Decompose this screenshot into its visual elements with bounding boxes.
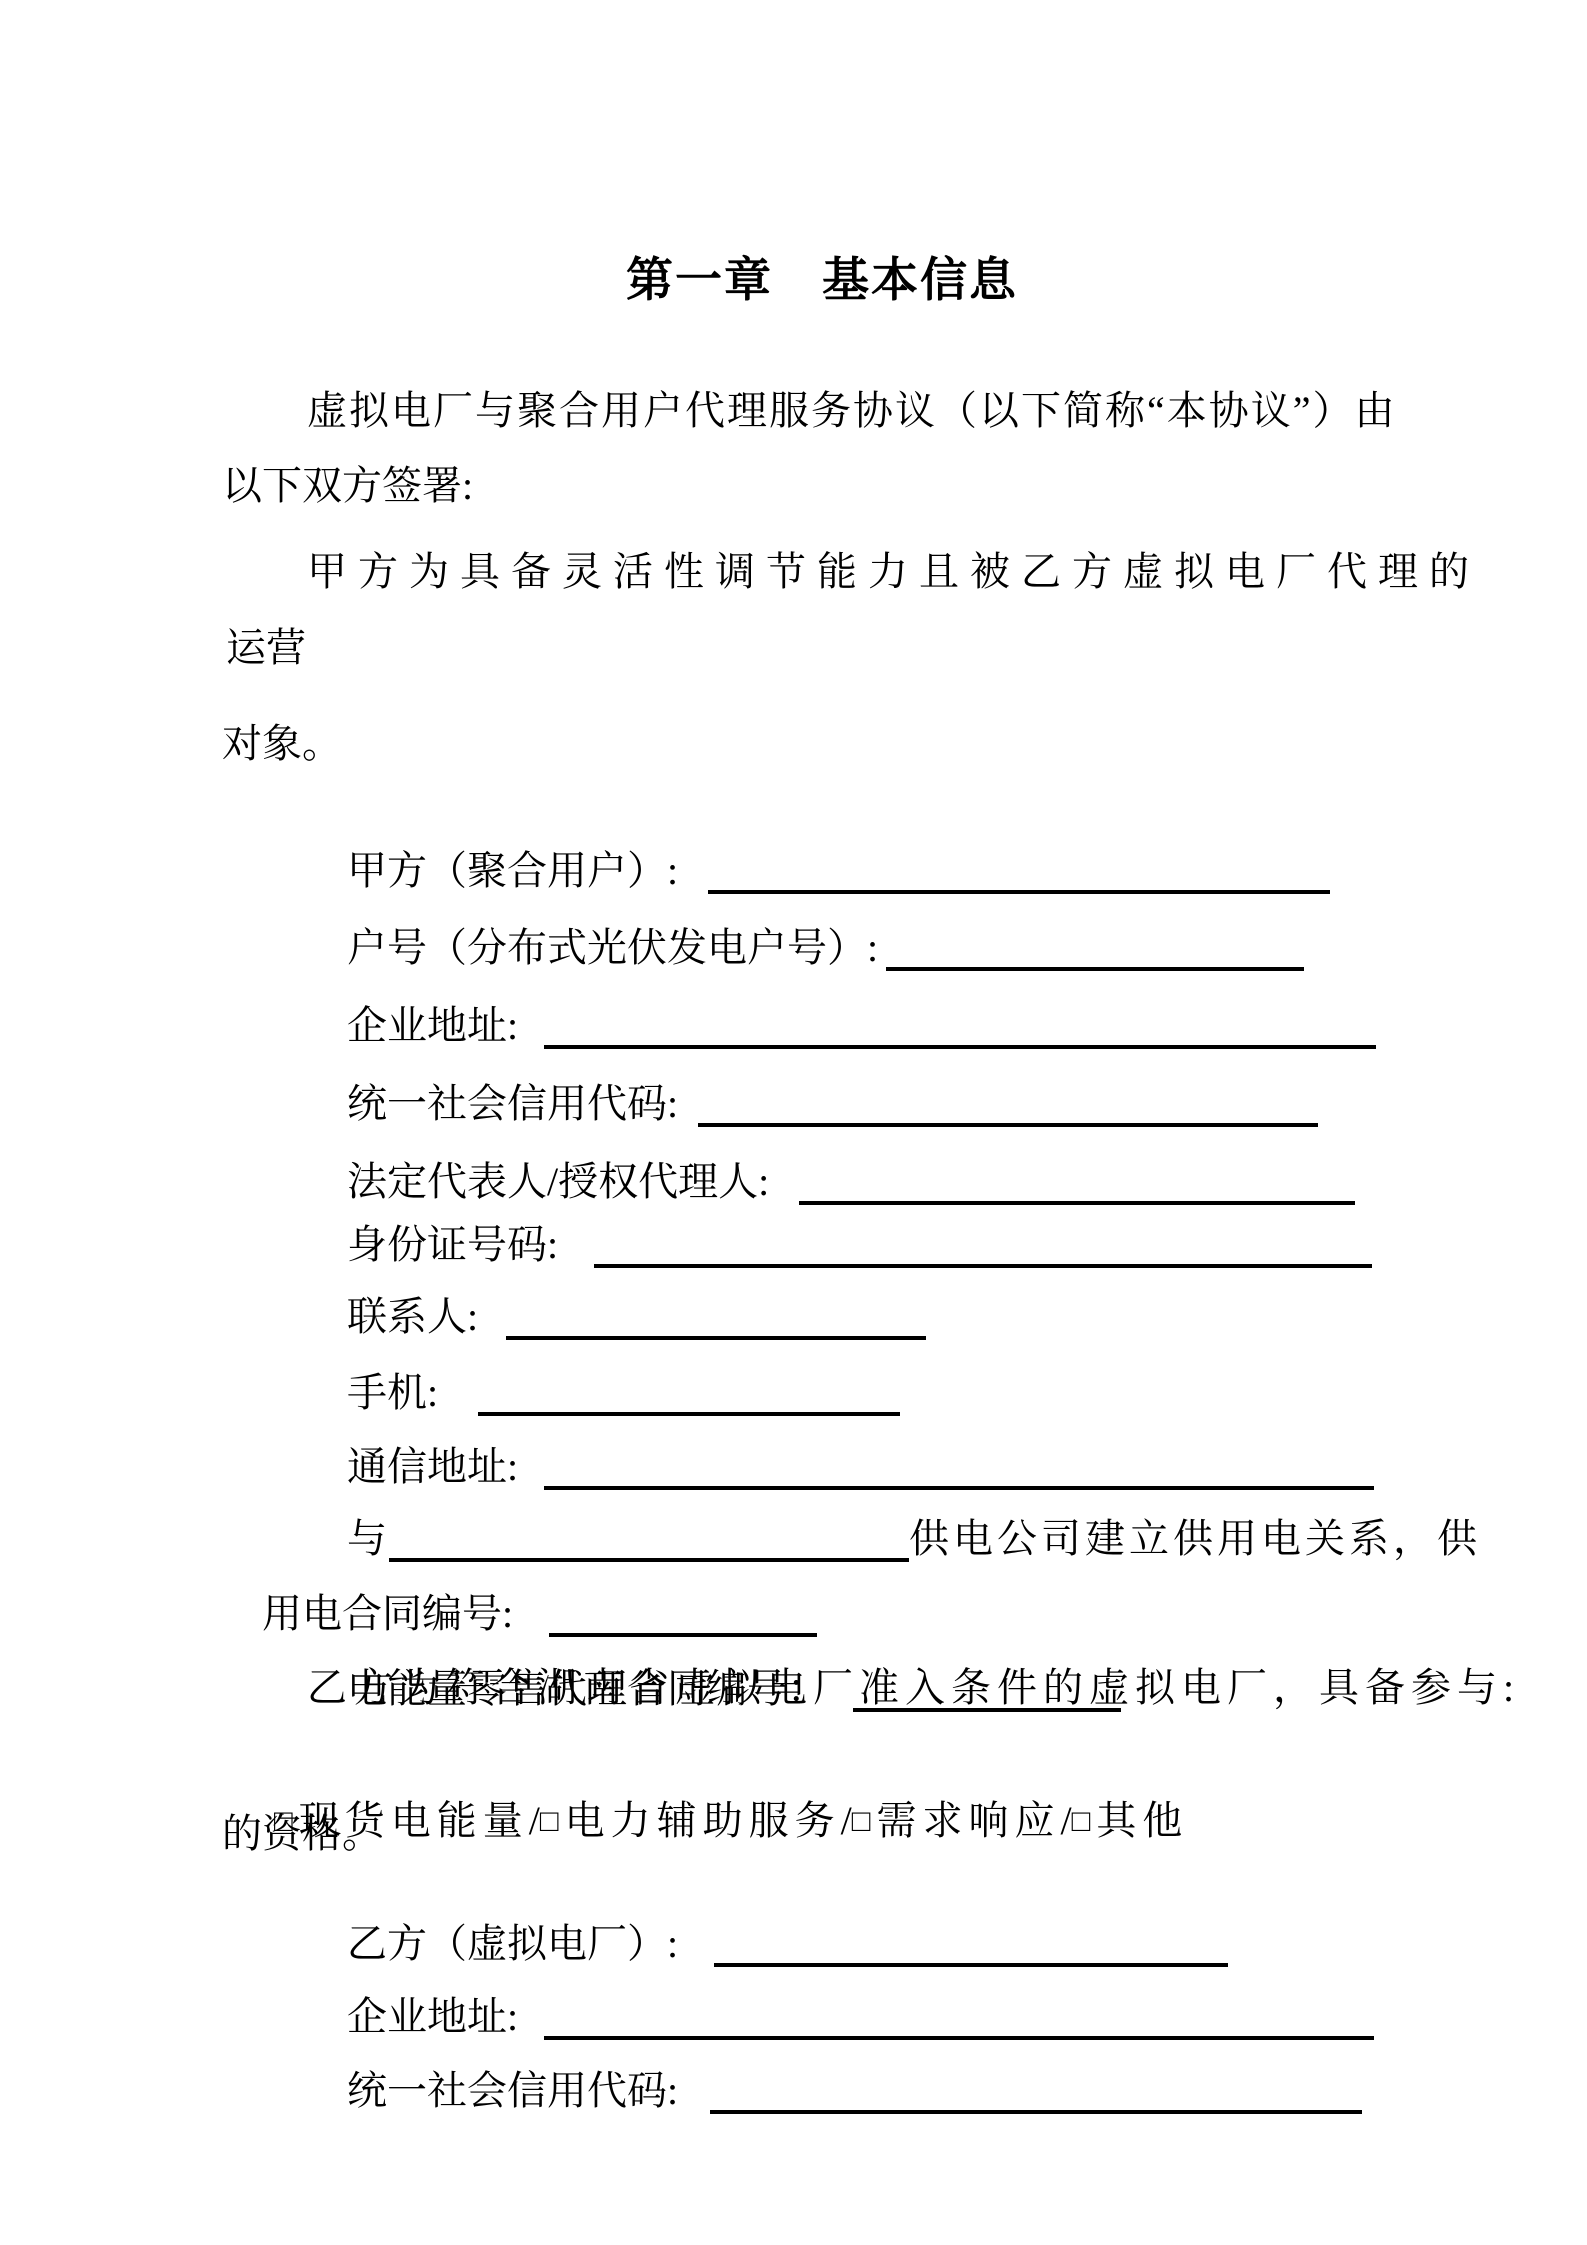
intro-line-1: 虚拟电厂与聚合用户代理服务协议（以下简称“本协议”）由	[307, 385, 1397, 437]
qualification-demand-response-label: 需求响应	[876, 1798, 1060, 1843]
party-b-uscc-label: 统一社会信用代码:	[347, 2068, 678, 2113]
qualification-other-label: 其他	[1096, 1798, 1188, 1843]
field-party-b-address: 企业地址:	[307, 1939, 1374, 1991]
field-party-a-name: 甲方（聚合用户）:	[307, 793, 1330, 845]
checkbox-other-icon[interactable]: □	[1072, 1803, 1097, 1838]
party-b-uscc-blank[interactable]	[710, 2110, 1362, 2114]
qualification-separator-1: /	[529, 1798, 540, 1843]
field-party-a-address: 企业地址:	[307, 948, 1376, 1000]
supply-clause-line-1: 与供电公司建立供用电关系，供	[307, 1461, 1481, 1513]
party-b-clause-closing: 的资格。	[222, 1808, 382, 1860]
field-retail-contract-no: 电能量零售代理合同编号：	[307, 1611, 1121, 1663]
field-supply-contract-no: 用电合同编号:	[222, 1536, 817, 1588]
field-party-a-mobile: 手机:	[307, 1315, 900, 1367]
checkbox-ancillary-service-icon[interactable]: □	[540, 1803, 565, 1838]
field-party-a-postal: 通信地址:	[307, 1389, 1374, 1441]
qualification-separator-2: /	[841, 1798, 852, 1843]
qualification-separator-3: /	[1060, 1798, 1071, 1843]
qualification-ancillary-service-label: 电力辅助服务	[565, 1798, 841, 1843]
supply-clause-suffix: 供电公司建立供用电关系，供	[909, 1516, 1481, 1561]
checkbox-demand-response-icon[interactable]: □	[852, 1803, 877, 1838]
field-party-a-legal-rep: 法定代表人/授权代理人:	[307, 1104, 1355, 1156]
party-a-clause-line-3: 对象。	[222, 718, 342, 770]
party-b-clause-intro: 乙方为符合湖南省虚拟电厂准入条件的虚拟电厂，具备参与:	[307, 1662, 1520, 1714]
field-party-b-uscc: 统一社会信用代码:	[307, 2013, 1362, 2065]
field-party-b-name: 乙方（虚拟电厂）:	[307, 1866, 1228, 1918]
intro-line-2: 以下双方签署:	[222, 460, 473, 512]
field-party-a-id-number: 身份证号码:	[307, 1167, 1372, 1219]
party-a-clause-line-1: 甲方为具备灵活性调节能力且被乙方虚拟电厂代理的	[307, 546, 1480, 598]
field-party-a-account: 户号（分布式光伏发电户号）:	[307, 870, 1304, 922]
document-page: 第一章 基本信息 虚拟电厂与聚合用户代理服务协议（以下简称“本协议”）由 以下双…	[0, 0, 1587, 2245]
party-a-clause-line-2: 运营	[226, 622, 306, 674]
field-party-a-uscc: 统一社会信用代码:	[307, 1026, 1318, 1078]
field-party-a-contact: 联系人:	[307, 1239, 926, 1291]
qualification-options: □现货电能量/□电力辅助服务/□需求响应/□其他	[210, 1743, 1188, 1795]
chapter-title: 第一章 基本信息	[626, 252, 1018, 310]
